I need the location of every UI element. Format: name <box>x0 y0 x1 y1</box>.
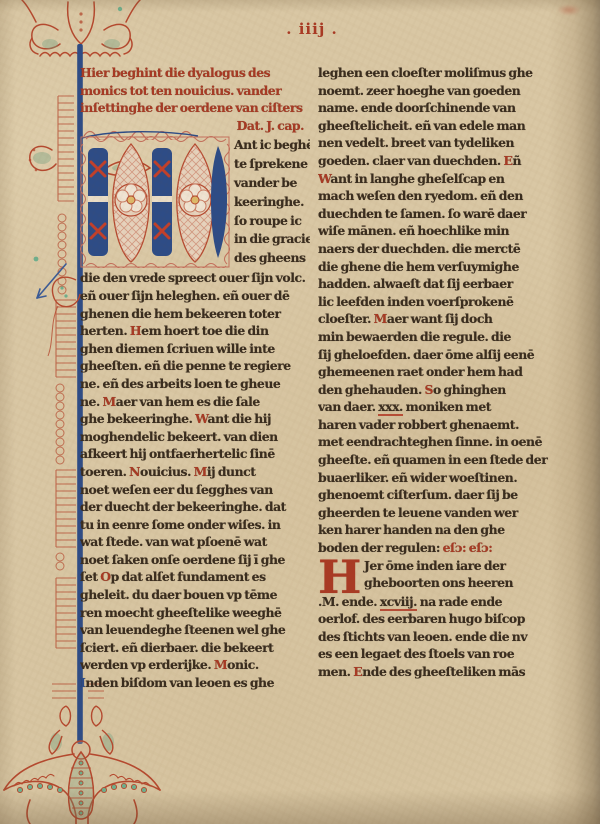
text-line: monics tot ten nouicius. vander <box>80 82 310 100</box>
right-column-body-text-after: .M. ende. xcviij. na rade endeoerlof. de… <box>318 593 550 681</box>
text-line: wiſe mānen. eñ hoechlike min <box>318 222 550 240</box>
text-line: Want in langhe gheſelſcap en <box>318 170 550 188</box>
text-line: ken harer handen na den ghe <box>318 521 550 539</box>
text-line: duechden te ſamen. ſo warē daer <box>318 205 550 223</box>
text-line: toeren. Nouicius. Mij dunct <box>80 463 310 481</box>
text-line: Hier beghint die dyalogus des <box>80 64 310 82</box>
text-line: ghenoemt ciſterſum. daer ſij be <box>318 486 550 504</box>
text-line: Jer ōme inden iare der <box>364 557 550 575</box>
text-line: ghemeenen raet onder hem had <box>318 363 550 381</box>
text-line: ſij gheloefden. daer ōme alſij eenē <box>318 346 550 364</box>
text-line: tu in eenre ſome onder wiſes. in <box>80 516 310 534</box>
text-line: nen vedelt. breet van tydeliken <box>318 134 550 152</box>
text-line: mach weſen den ryedom. eñ den <box>318 187 550 205</box>
text-line: gheeſten. eñ die penne te regiere <box>80 357 310 375</box>
initial-h-wrap-text: Jer ōme inden iare dergheboorten ons hee… <box>364 557 550 592</box>
text-line: ſo roupe ic <box>234 212 310 231</box>
text-line: gheeſtelicheit. eñ van edele man <box>318 117 550 135</box>
illuminated-initial-block: W <box>80 136 310 268</box>
text-line: gheerden te leuene vanden wer <box>318 504 550 522</box>
left-column-body-text: die den vrede spreect ouer ſijn volc.eñ … <box>80 269 310 691</box>
text-line: hadden. alwaeſt dat ſij eerbaer <box>318 275 550 293</box>
red-initial-block: H Jer ōme inden iare dergheboorten ons h… <box>318 557 550 593</box>
text-line: van leuendeghe ſteenen wel ghe <box>80 621 310 639</box>
text-line: die den vrede spreect ouer ſijn volc. <box>80 269 310 287</box>
text-line: ghenen die hem bekeeren toter <box>80 305 310 323</box>
initial-letter-h: H <box>318 557 364 597</box>
text-line: leghen een cloeſter moliſmus ghe <box>318 64 550 82</box>
text-line: gheleit. du daer bouen vp tēme <box>80 586 310 604</box>
right-column-body-text: leghen een cloeſter moliſmus ghenoemt. z… <box>318 64 550 557</box>
text-line: gheeſte. eñ quamen in een ſtede der <box>318 451 550 469</box>
text-line: te ſprekene <box>234 155 310 174</box>
text-line: den ghehauden. So ghinghen <box>318 381 550 399</box>
text-line: inſettinghe der oerdene van ciſters <box>80 99 310 117</box>
red-ink-smudge <box>552 2 586 18</box>
text-line: lic leefden inden voerſprokenē <box>318 293 550 311</box>
text-line: van daer. xxx. moniken met <box>318 398 550 416</box>
text-line: ne. Maer van hem es die ſale <box>80 393 310 411</box>
text-line: oerlof. des eerbaren hugo biſcop <box>318 610 550 628</box>
text-line: die ghene die hem verſuymighe <box>318 258 550 276</box>
text-line: des gheens <box>234 249 310 268</box>
manuscript-page: . iiij . Hier beghint die dyalogus desmo… <box>0 0 600 824</box>
text-line: cloeſter. Maer want ſij doch <box>318 310 550 328</box>
text-line: gheboorten ons heeren <box>364 574 550 592</box>
text-line: noet weſen eer du ſegghes van <box>80 481 310 499</box>
text-line: es een legaet des ſtoels van roe <box>318 645 550 663</box>
text-line: ſet Op dat alſet fundament es <box>80 568 310 586</box>
text-line: men. Ende des gheeſteliken mās <box>318 663 550 681</box>
text-line: des ſtichts van leoen. ende die nv <box>318 628 550 646</box>
text-line: in die gracie <box>234 230 310 249</box>
text-line: werden vp erderijke. Monic. <box>80 656 310 674</box>
blue-arrow-icon <box>37 264 66 298</box>
right-text-column: leghen een cloeſter moliſmus ghenoemt. z… <box>318 64 550 681</box>
page-edge-right <box>548 0 600 824</box>
text-line: moghendelic bekeert. van dien <box>80 428 310 446</box>
text-line: noet ſaken onſe oerdene ſij ī ghe <box>80 551 310 569</box>
text-line: .M. ende. xcviij. na rade ende <box>318 593 550 611</box>
text-line: Ant ic beghē <box>234 136 310 155</box>
text-line: eñ ouer ſijn heleghen. eñ ouer dē <box>80 287 310 305</box>
rubric: Hier beghint die dyalogus desmonics tot … <box>80 64 310 117</box>
illuminated-initial-w-icon <box>80 136 230 268</box>
text-line: afkeert hij ontfaerhertelic ſinē <box>80 445 310 463</box>
text-line: herten. Hem hoert toe die din <box>80 322 310 340</box>
text-line: naers der duechden. die merctē <box>318 240 550 258</box>
text-line: buaerliker. eñ wider woeſtinen. <box>318 469 550 487</box>
text-line: ghe bekeeringhe. Want die hij <box>80 410 310 428</box>
initial-wrap-text: Ant ic beghēte ſprekenevander bekeeringh… <box>234 136 310 268</box>
text-line: met eendrachteghen ſinne. in oenē <box>318 433 550 451</box>
text-line: name. ende doorſchinende van <box>318 99 550 117</box>
text-line: wat ſtede. van wat pſoenē wat <box>80 533 310 551</box>
text-line: goeden. claer van duechden. Eñ <box>318 152 550 170</box>
text-line: vander be <box>234 174 310 193</box>
text-line: min bewaerden die regule. die <box>318 328 550 346</box>
text-line: keeringhe. <box>234 193 310 212</box>
text-line: ne. eñ des arbeits loen te gheue <box>80 375 310 393</box>
text-line: ſciert. eñ dierbaer. die bekeert <box>80 639 310 657</box>
text-line: noemt. zeer hoeghe van goeden <box>318 82 550 100</box>
chapter-heading: Dat. J. cap. <box>80 117 310 135</box>
text-line: der duecht der bekeeringhe. dat <box>80 498 310 516</box>
folio-number: . iiij . <box>252 20 372 38</box>
text-line: Inden biſdom van leoen es ghe <box>80 674 310 692</box>
text-line: ren moecht gheeſtelike weeghē <box>80 604 310 622</box>
text-line: haren vader robbert ghenaemt. <box>318 416 550 434</box>
left-text-column: Hier beghint die dyalogus desmonics tot … <box>80 64 310 692</box>
text-line: ghen diemen ſcriuen wille inte <box>80 340 310 358</box>
